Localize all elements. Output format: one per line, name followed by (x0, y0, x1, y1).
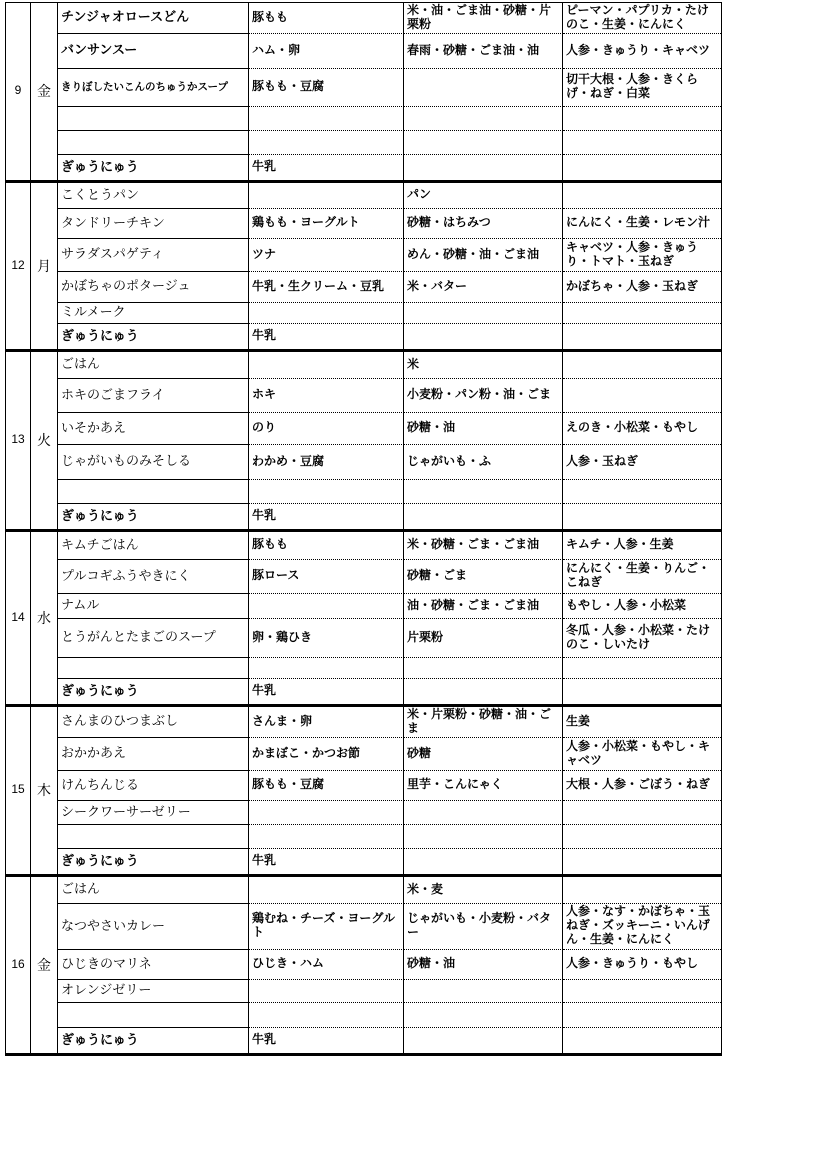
menu-row: いそかあえのり砂糖・油えのき・小松菜・もやし (58, 413, 721, 445)
vegetable-cell: 冬瓜・人参・小松菜・たけのこ・しいたけ (563, 619, 721, 658)
vegetable-cell (563, 379, 721, 413)
menu-row (58, 480, 721, 504)
menu-cell: ごはん (58, 352, 249, 379)
menu-cell: さんまのひつまぶし (58, 707, 249, 738)
menu-cell: とうがんとたまごのスープ (58, 619, 249, 658)
menu-cell (58, 131, 249, 155)
vegetable-cell: にんにく・生姜・レモン汁 (563, 209, 721, 239)
vegetable-cell (563, 131, 721, 155)
day-block: 15木さんまのひつまぶしさんま・卵米・片栗粉・砂糖・油・ごま生姜おかかあえかまぼ… (6, 707, 721, 877)
energy-cell: 春雨・砂糖・ごま油・油 (404, 34, 563, 69)
energy-cell: 砂糖・ごま (404, 560, 563, 594)
menu-cell: オレンジゼリー (58, 980, 249, 1003)
energy-cell (404, 849, 563, 874)
block-rows: チンジャオロースどん豚もも米・油・ごま油・砂糖・片栗粉ピーマン・パプリカ・たけの… (58, 3, 721, 180)
block-rows: さんまのひつまぶしさんま・卵米・片栗粉・砂糖・油・ごま生姜おかかあえかまぼこ・か… (58, 707, 721, 874)
menu-cell: ぎゅうにゅう (58, 1028, 249, 1053)
energy-cell: 片栗粉 (404, 619, 563, 658)
energy-cell (404, 480, 563, 504)
menu-cell: ぎゅうにゅう (58, 679, 249, 704)
date-cell: 16 (6, 877, 31, 1053)
menu-cell: ぎゅうにゅう (58, 155, 249, 180)
vegetable-cell: キムチ・人参・生姜 (563, 532, 721, 560)
menu-row: かぼちゃのポタージュ牛乳・生クリーム・豆乳米・バターかぼちゃ・人参・玉ねぎ (58, 272, 721, 303)
energy-cell (404, 658, 563, 679)
menu-row: チンジャオロースどん豚もも米・油・ごま油・砂糖・片栗粉ピーマン・パプリカ・たけの… (58, 3, 721, 34)
protein-cell: 牛乳 (249, 504, 404, 529)
energy-cell (404, 801, 563, 825)
day-cell: 水 (31, 532, 58, 704)
vegetable-cell: ピーマン・パプリカ・たけのこ・生姜・にんにく (563, 3, 721, 34)
protein-cell (249, 303, 404, 324)
menu-row: じゃがいものみそしるわかめ・豆腐じゃがいも・ふ人参・玉ねぎ (58, 445, 721, 480)
menu-cell: ぎゅうにゅう (58, 324, 249, 349)
protein-cell (249, 131, 404, 155)
energy-cell: 米・バター (404, 272, 563, 303)
block-rows: キムチごはん豚もも米・砂糖・ごま・ごま油キムチ・人参・生姜プルコギふうやきにく豚… (58, 532, 721, 704)
energy-cell: 米・麦 (404, 877, 563, 904)
block-rows: ごはん米・麦なつやさいカレー鶏むね・チーズ・ヨーグルトじゃがいも・小麦粉・バター… (58, 877, 721, 1053)
vegetable-cell (563, 849, 721, 874)
protein-cell (249, 801, 404, 825)
menu-row: こくとうパンパン (58, 183, 721, 209)
protein-cell: 牛乳 (249, 155, 404, 180)
energy-cell (404, 504, 563, 529)
energy-cell: 砂糖・油 (404, 950, 563, 980)
menu-cell: ぎゅうにゅう (58, 504, 249, 529)
protein-cell (249, 352, 404, 379)
energy-cell (404, 679, 563, 704)
vegetable-cell (563, 1028, 721, 1053)
menu-row: サラダスパゲティツナめん・砂糖・油・ごま油キャベツ・人参・きゅうり・トマト・玉ね… (58, 239, 721, 272)
menu-cell (58, 480, 249, 504)
protein-cell: 牛乳・生クリーム・豆乳 (249, 272, 404, 303)
menu-cell: タンドリーチキン (58, 209, 249, 239)
energy-cell: 油・砂糖・ごま・ごま油 (404, 594, 563, 619)
menu-cell: こくとうパン (58, 183, 249, 209)
vegetable-cell: にんにく・生姜・りんご・こねぎ (563, 560, 721, 594)
menu-row: ぎゅうにゅう牛乳 (58, 1028, 721, 1053)
protein-cell (249, 658, 404, 679)
menu-cell: プルコギふうやきにく (58, 560, 249, 594)
energy-cell (404, 1003, 563, 1028)
vegetable-cell: 人参・きゅうり・キャベツ (563, 34, 721, 69)
energy-cell: パン (404, 183, 563, 209)
vegetable-cell (563, 352, 721, 379)
menu-cell: ナムル (58, 594, 249, 619)
vegetable-cell: 生姜 (563, 707, 721, 738)
protein-cell: のり (249, 413, 404, 445)
vegetable-cell (563, 504, 721, 529)
protein-cell: わかめ・豆腐 (249, 445, 404, 480)
menu-row: なつやさいカレー鶏むね・チーズ・ヨーグルトじゃがいも・小麦粉・バター人参・なす・… (58, 904, 721, 950)
energy-cell: 米・砂糖・ごま・ごま油 (404, 532, 563, 560)
menu-cell: チンジャオロースどん (58, 3, 249, 34)
menu-cell: なつやさいカレー (58, 904, 249, 950)
protein-cell (249, 594, 404, 619)
vegetable-cell (563, 1003, 721, 1028)
menu-row: きりぼしたいこんのちゅうかスープ豚もも・豆腐切干大根・人参・きくらげ・ねぎ・白菜 (58, 69, 721, 107)
energy-cell (404, 303, 563, 324)
menu-row: ぎゅうにゅう牛乳 (58, 679, 721, 704)
menu-row: ホキのごまフライホキ小麦粉・パン粉・油・ごま (58, 379, 721, 413)
menu-cell: ひじきのマリネ (58, 950, 249, 980)
vegetable-cell (563, 155, 721, 180)
energy-cell: 里芋・こんにゃく (404, 771, 563, 801)
date-cell: 13 (6, 352, 31, 529)
menu-cell (58, 107, 249, 131)
menu-cell: ごはん (58, 877, 249, 904)
vegetable-cell (563, 324, 721, 349)
menu-row: とうがんとたまごのスープ卵・鶏ひき片栗粉冬瓜・人参・小松菜・たけのこ・しいたけ (58, 619, 721, 658)
vegetable-cell (563, 825, 721, 849)
protein-cell (249, 877, 404, 904)
menu-row: シークワーサーゼリー (58, 801, 721, 825)
energy-cell (404, 980, 563, 1003)
protein-cell (249, 825, 404, 849)
menu-row: ミルメーク (58, 303, 721, 324)
vegetable-cell (563, 801, 721, 825)
date-cell: 12 (6, 183, 31, 349)
date-cell: 9 (6, 3, 31, 180)
vegetable-cell: 人参・玉ねぎ (563, 445, 721, 480)
vegetable-cell (563, 480, 721, 504)
protein-cell: ツナ (249, 239, 404, 272)
energy-cell (404, 107, 563, 131)
day-cell: 金 (31, 877, 58, 1053)
menu-cell: かぼちゃのポタージュ (58, 272, 249, 303)
protein-cell: 鶏もも・ヨーグルト (249, 209, 404, 239)
menu-row (58, 658, 721, 679)
vegetable-cell (563, 107, 721, 131)
energy-cell (404, 825, 563, 849)
day-cell: 火 (31, 352, 58, 529)
protein-cell: さんま・卵 (249, 707, 404, 738)
vegetable-cell: 切干大根・人参・きくらげ・ねぎ・白菜 (563, 69, 721, 107)
energy-cell: 米・油・ごま油・砂糖・片栗粉 (404, 3, 563, 34)
energy-cell: 砂糖 (404, 738, 563, 771)
menu-row (58, 107, 721, 131)
menu-cell: きりぼしたいこんのちゅうかスープ (58, 69, 249, 107)
menu-row (58, 131, 721, 155)
menu-row: タンドリーチキン鶏もも・ヨーグルト砂糖・はちみつにんにく・生姜・レモン汁 (58, 209, 721, 239)
menu-row: ごはん米 (58, 352, 721, 379)
protein-cell: 豚もも・豆腐 (249, 69, 404, 107)
protein-cell (249, 480, 404, 504)
menu-row: プルコギふうやきにく豚ロース砂糖・ごまにんにく・生姜・りんご・こねぎ (58, 560, 721, 594)
menu-cell (58, 825, 249, 849)
vegetable-cell: 大根・人参・ごぼう・ねぎ (563, 771, 721, 801)
menu-row: おかかあえかまぼこ・かつお節砂糖人参・小松菜・もやし・キャベツ (58, 738, 721, 771)
day-cell: 木 (31, 707, 58, 874)
menu-cell: けんちんじる (58, 771, 249, 801)
menu-row: ぎゅうにゅう牛乳 (58, 324, 721, 349)
vegetable-cell (563, 679, 721, 704)
protein-cell: かまぼこ・かつお節 (249, 738, 404, 771)
menu-row: ぎゅうにゅう牛乳 (58, 155, 721, 180)
menu-cell: じゃがいものみそしる (58, 445, 249, 480)
protein-cell: 卵・鶏ひき (249, 619, 404, 658)
energy-cell (404, 155, 563, 180)
day-block: 16金ごはん米・麦なつやさいカレー鶏むね・チーズ・ヨーグルトじゃがいも・小麦粉・… (6, 877, 721, 1056)
energy-cell (404, 131, 563, 155)
energy-cell (404, 1028, 563, 1053)
day-block: 13火ごはん米ホキのごまフライホキ小麦粉・パン粉・油・ごまいそかあえのり砂糖・油… (6, 352, 721, 532)
menu-cell: おかかあえ (58, 738, 249, 771)
protein-cell: ひじき・ハム (249, 950, 404, 980)
protein-cell: ホキ (249, 379, 404, 413)
protein-cell: 牛乳 (249, 1028, 404, 1053)
protein-cell: 牛乳 (249, 324, 404, 349)
day-cell: 金 (31, 3, 58, 180)
menu-cell: いそかあえ (58, 413, 249, 445)
vegetable-cell (563, 183, 721, 209)
menu-row: キムチごはん豚もも米・砂糖・ごま・ごま油キムチ・人参・生姜 (58, 532, 721, 560)
protein-cell: 牛乳 (249, 679, 404, 704)
menu-row: けんちんじる豚もも・豆腐里芋・こんにゃく大根・人参・ごぼう・ねぎ (58, 771, 721, 801)
menu-cell: サラダスパゲティ (58, 239, 249, 272)
menu-cell: ホキのごまフライ (58, 379, 249, 413)
date-cell: 15 (6, 707, 31, 874)
vegetable-cell (563, 303, 721, 324)
energy-cell: めん・砂糖・油・ごま油 (404, 239, 563, 272)
protein-cell (249, 107, 404, 131)
protein-cell: ハム・卵 (249, 34, 404, 69)
protein-cell: 牛乳 (249, 849, 404, 874)
menu-cell: キムチごはん (58, 532, 249, 560)
energy-cell (404, 69, 563, 107)
block-rows: こくとうパンパンタンドリーチキン鶏もも・ヨーグルト砂糖・はちみつにんにく・生姜・… (58, 183, 721, 349)
protein-cell: 豚もも・豆腐 (249, 771, 404, 801)
vegetable-cell: えのき・小松菜・もやし (563, 413, 721, 445)
protein-cell (249, 183, 404, 209)
protein-cell: 豚もも (249, 532, 404, 560)
vegetable-cell: 人参・小松菜・もやし・キャベツ (563, 738, 721, 771)
lunch-menu-table: 9金チンジャオロースどん豚もも米・油・ごま油・砂糖・片栗粉ピーマン・パプリカ・た… (5, 2, 722, 1056)
menu-row: ぎゅうにゅう牛乳 (58, 504, 721, 529)
menu-row (58, 825, 721, 849)
vegetable-cell (563, 658, 721, 679)
menu-cell: バンサンスー (58, 34, 249, 69)
energy-cell: じゃがいも・小麦粉・バター (404, 904, 563, 950)
menu-row: さんまのひつまぶしさんま・卵米・片栗粉・砂糖・油・ごま生姜 (58, 707, 721, 738)
energy-cell: 砂糖・油 (404, 413, 563, 445)
menu-cell (58, 658, 249, 679)
protein-cell (249, 1003, 404, 1028)
menu-row: オレンジゼリー (58, 980, 721, 1003)
menu-cell: シークワーサーゼリー (58, 801, 249, 825)
energy-cell: 米・片栗粉・砂糖・油・ごま (404, 707, 563, 738)
vegetable-cell: キャベツ・人参・きゅうり・トマト・玉ねぎ (563, 239, 721, 272)
protein-cell: 豚ロース (249, 560, 404, 594)
energy-cell (404, 324, 563, 349)
menu-row (58, 1003, 721, 1028)
date-cell: 14 (6, 532, 31, 704)
protein-cell: 鶏むね・チーズ・ヨーグルト (249, 904, 404, 950)
vegetable-cell: かぼちゃ・人参・玉ねぎ (563, 272, 721, 303)
energy-cell: 小麦粉・パン粉・油・ごま (404, 379, 563, 413)
menu-row: ひじきのマリネひじき・ハム砂糖・油人参・きゅうり・もやし (58, 950, 721, 980)
vegetable-cell: もやし・人参・小松菜 (563, 594, 721, 619)
menu-row: バンサンスーハム・卵春雨・砂糖・ごま油・油人参・きゅうり・キャベツ (58, 34, 721, 69)
day-cell: 月 (31, 183, 58, 349)
vegetable-cell: 人参・なす・かぼちゃ・玉ねぎ・ズッキーニ・いんげん・生姜・にんにく (563, 904, 721, 950)
vegetable-cell (563, 877, 721, 904)
menu-cell (58, 1003, 249, 1028)
protein-cell: 豚もも (249, 3, 404, 34)
vegetable-cell (563, 980, 721, 1003)
day-block: 9金チンジャオロースどん豚もも米・油・ごま油・砂糖・片栗粉ピーマン・パプリカ・た… (6, 3, 721, 183)
block-rows: ごはん米ホキのごまフライホキ小麦粉・パン粉・油・ごまいそかあえのり砂糖・油えのき… (58, 352, 721, 529)
day-block: 12月こくとうパンパンタンドリーチキン鶏もも・ヨーグルト砂糖・はちみつにんにく・… (6, 183, 721, 352)
menu-cell: ぎゅうにゅう (58, 849, 249, 874)
day-block: 14水キムチごはん豚もも米・砂糖・ごま・ごま油キムチ・人参・生姜プルコギふうやき… (6, 532, 721, 707)
menu-row: ナムル油・砂糖・ごま・ごま油もやし・人参・小松菜 (58, 594, 721, 619)
menu-cell: ミルメーク (58, 303, 249, 324)
energy-cell: じゃがいも・ふ (404, 445, 563, 480)
menu-row: ごはん米・麦 (58, 877, 721, 904)
protein-cell (249, 980, 404, 1003)
menu-row: ぎゅうにゅう牛乳 (58, 849, 721, 874)
energy-cell: 米 (404, 352, 563, 379)
energy-cell: 砂糖・はちみつ (404, 209, 563, 239)
vegetable-cell: 人参・きゅうり・もやし (563, 950, 721, 980)
